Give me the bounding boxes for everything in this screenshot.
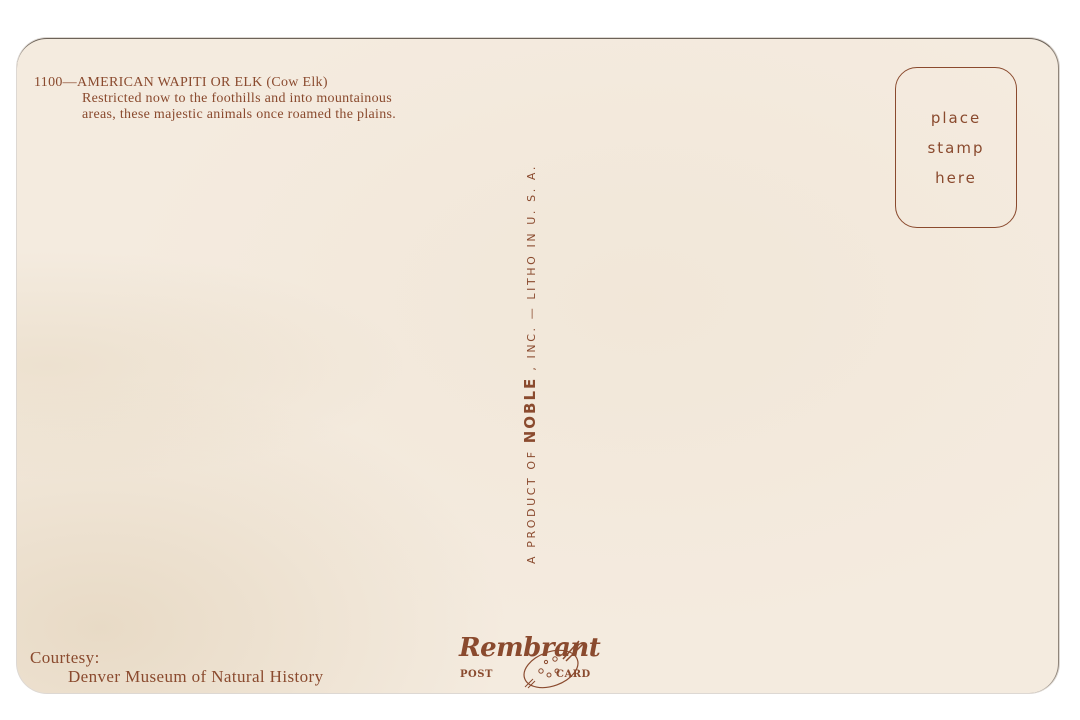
courtesy-credit: Courtesy: Denver Museum of Natural Histo… — [30, 648, 323, 686]
stamp-box: place stamp here — [895, 67, 1017, 228]
caption-description-line-1: Restricted now to the foothills and into… — [34, 91, 396, 107]
stamp-box-line-2: stamp — [927, 133, 984, 163]
rembrant-postcard-logo: Rembrant POST CARD — [455, 633, 605, 689]
caption: 1100—AMERICAN WAPITI OR ELK (Cow Elk) Re… — [34, 75, 396, 123]
logo-card-word: CARD — [556, 669, 591, 680]
stamp-box-line-3: here — [935, 163, 977, 193]
imprint-suffix: , INC. — LITHO IN U. S. A. — [525, 164, 538, 377]
postcard-back: 1100—AMERICAN WAPITI OR ELK (Cow Elk) Re… — [17, 38, 1059, 693]
stamp-box-line-1: place — [931, 103, 981, 133]
caption-description-line-2: areas, these majestic animals once roame… — [34, 107, 396, 123]
logo-script: Rembrant — [459, 633, 600, 663]
caption-title: 1100—AMERICAN WAPITI OR ELK (Cow Elk) — [34, 75, 396, 91]
imprint-prefix: A PRODUCT OF — [525, 443, 538, 564]
courtesy-organization: Denver Museum of Natural History — [30, 667, 323, 686]
imprint-brand: NOBLE — [521, 377, 539, 444]
courtesy-label: Courtesy: — [30, 648, 100, 667]
logo-post-word: POST — [460, 669, 493, 680]
publisher-imprint: A PRODUCT OF NOBLE , INC. — LITHO IN U. … — [522, 144, 538, 584]
